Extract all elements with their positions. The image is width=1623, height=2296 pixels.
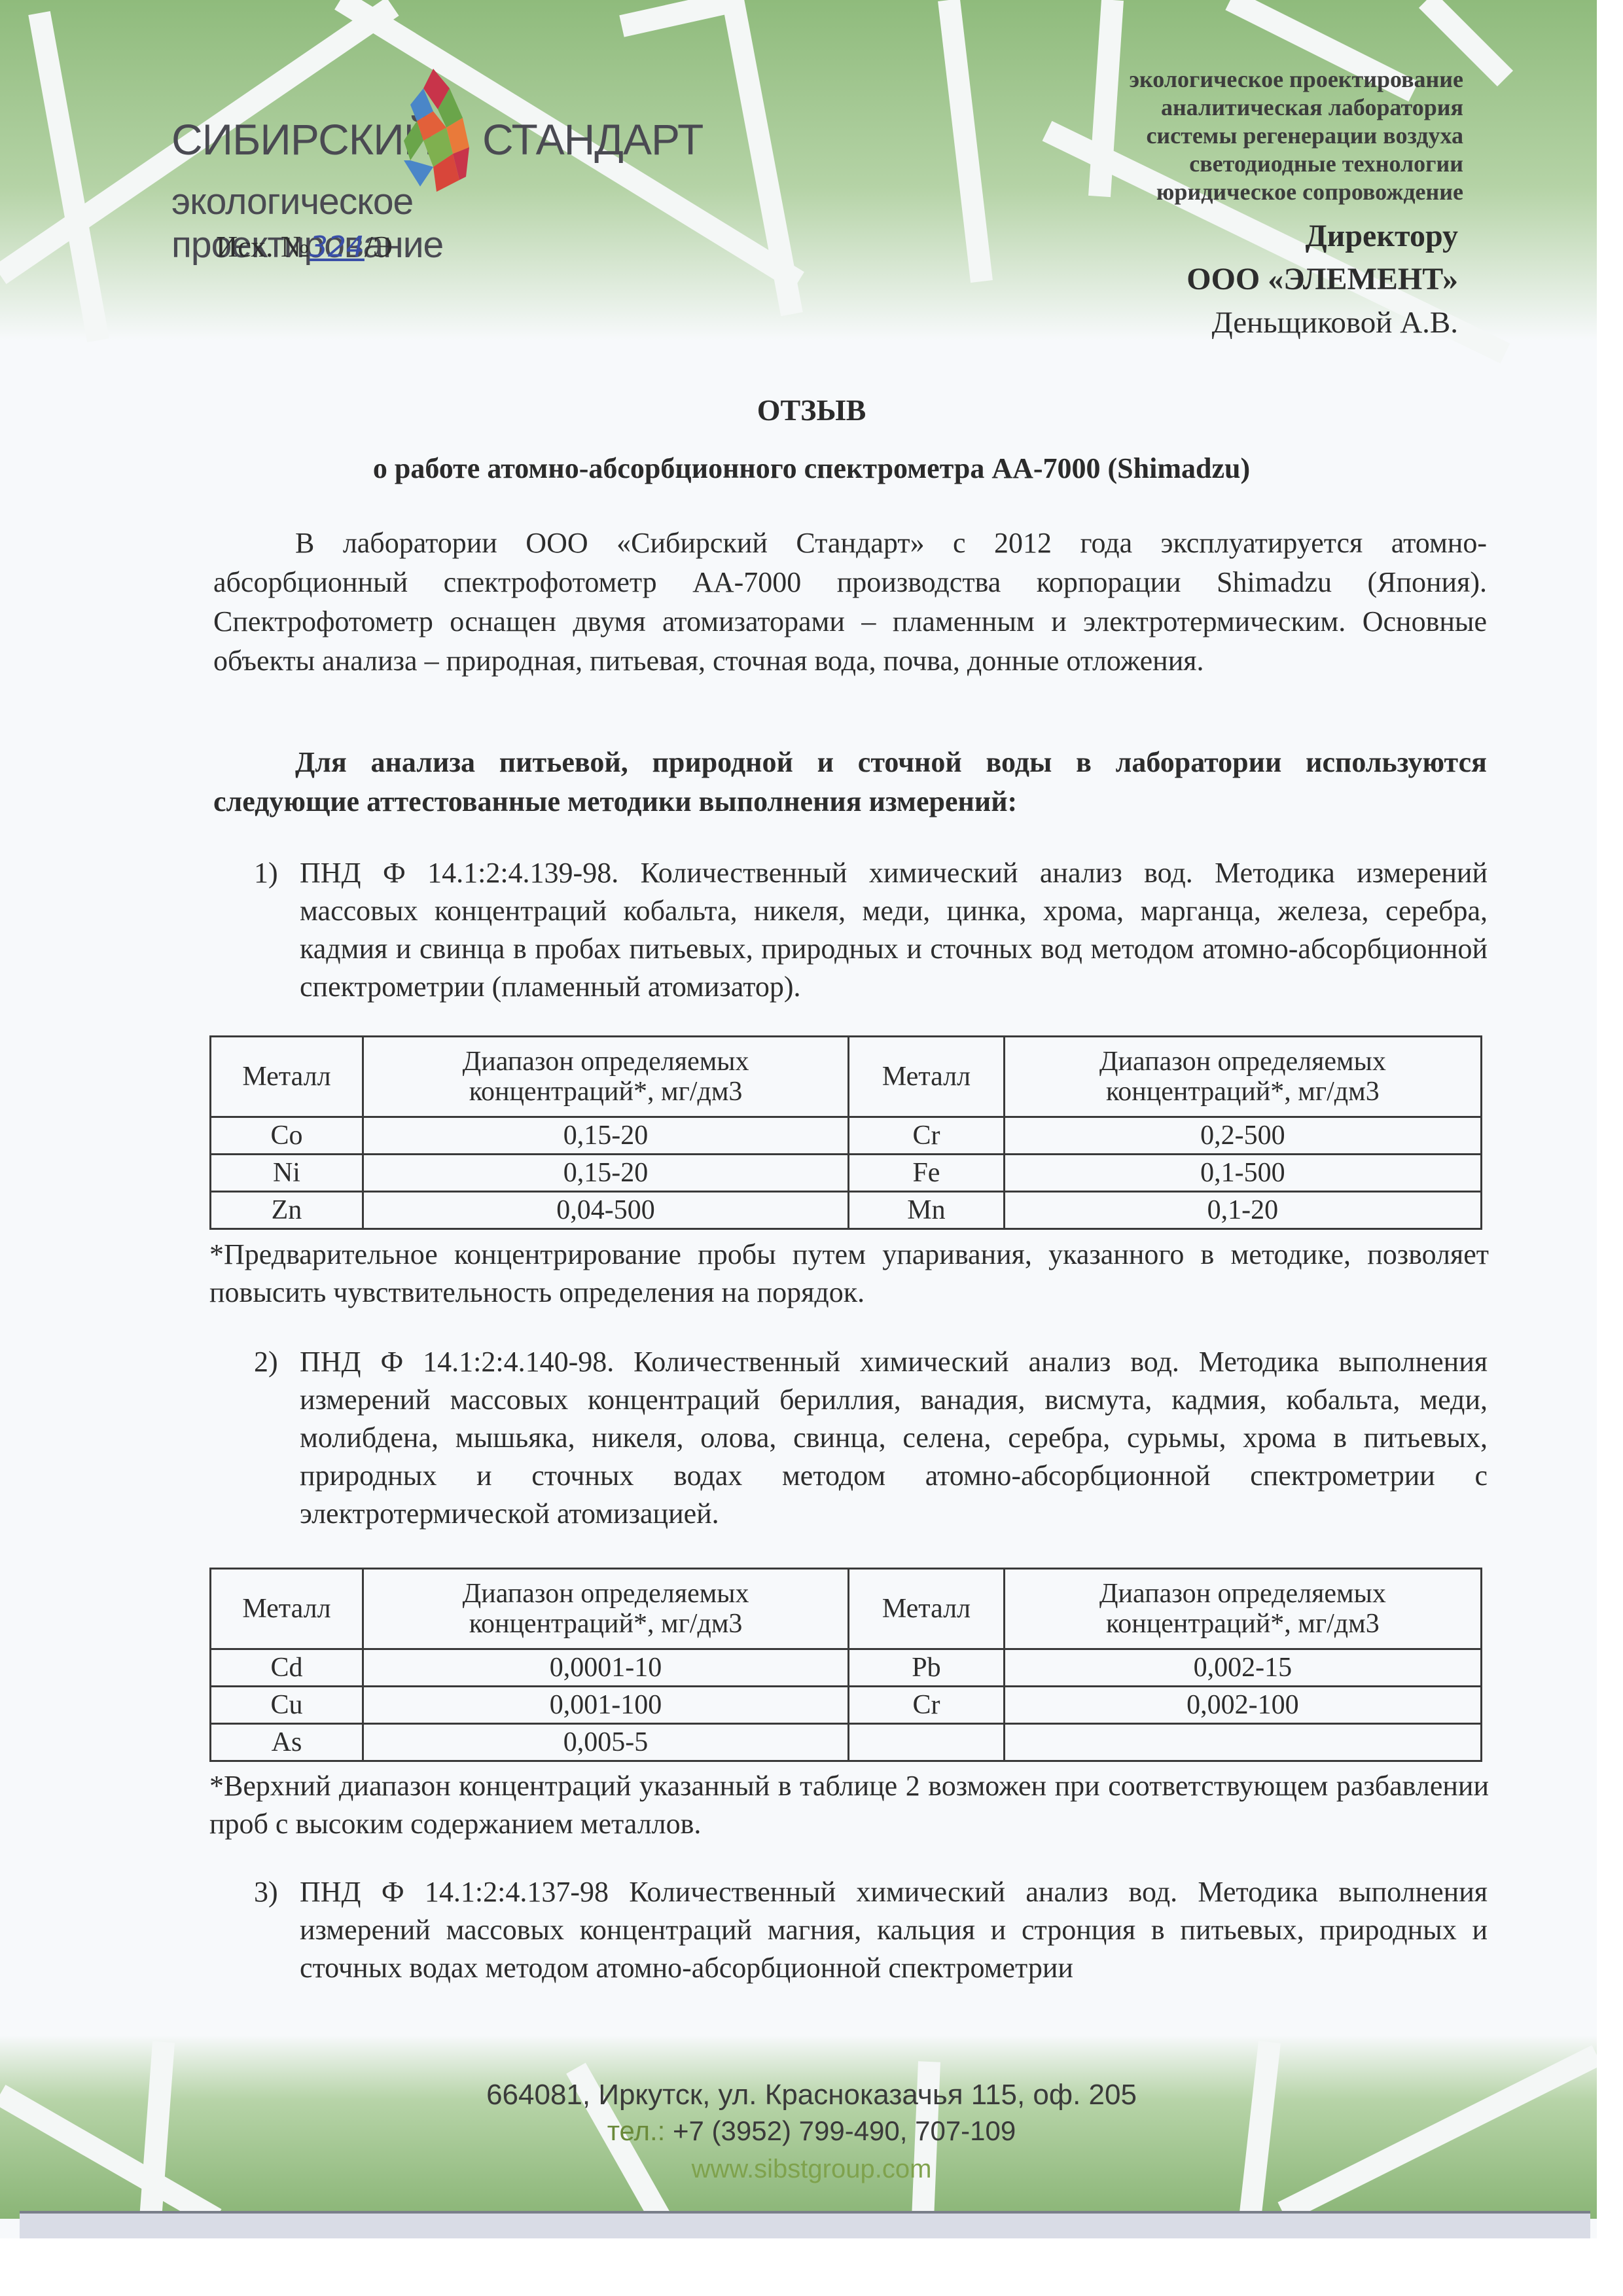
- table-header-metal: Металл: [849, 1037, 1005, 1117]
- table-cell: Cu: [211, 1687, 363, 1724]
- table-header-row: Металл Диапазон определяемых концентраци…: [211, 1037, 1482, 1117]
- table-cell: As: [211, 1724, 363, 1761]
- table-cell: Co: [211, 1117, 363, 1155]
- service-item: экологическое проектирование: [1129, 65, 1463, 94]
- table-cell: Fe: [849, 1155, 1005, 1192]
- table-cell: Zn: [211, 1192, 363, 1229]
- logo-word-right: СТАНДАРТ: [482, 115, 703, 164]
- document-subtitle: о работе атомно-абсорбционного спектроме…: [0, 452, 1597, 485]
- service-item: системы регенерации воздуха: [1129, 122, 1463, 150]
- table-1-footnote: *Предварительное концентрирование пробы …: [209, 1236, 1489, 1312]
- table-cell: Ni: [211, 1155, 363, 1192]
- table-cell: 0,001-100: [363, 1687, 848, 1724]
- table-header-metal: Металл: [211, 1569, 363, 1649]
- footer-website-link[interactable]: www.sibstgroup.com: [0, 2155, 1597, 2184]
- methods-intro: Для анализа питьевой, природной и сточно…: [213, 743, 1487, 821]
- method-number: 3): [254, 1873, 278, 1911]
- table-cell: Cr: [849, 1117, 1005, 1155]
- phone-number: +7 (3952) 799-490, 707-109: [673, 2115, 1016, 2146]
- method-number: 2): [254, 1343, 278, 1381]
- footer-phone: тел.: +7 (3952) 799-490, 707-109: [0, 2115, 1597, 2147]
- table-cell: Pb: [849, 1649, 1005, 1687]
- table-cell: 0,005-5: [363, 1724, 848, 1761]
- table-row: Cu 0,001-100 Cr 0,002-100: [211, 1687, 1482, 1724]
- method-item-1: 1) ПНД Ф 14.1:2:4.139-98. Количественный…: [254, 854, 1488, 1006]
- addressee-company: ООО «ЭЛЕМЕНТ»: [1186, 258, 1458, 301]
- footer-address: 664081, Иркутск, ул. Красноказачья 115, …: [0, 2079, 1597, 2111]
- table-cell: 0,2-500: [1004, 1117, 1481, 1155]
- table-cell: 0,0001-10: [363, 1649, 848, 1687]
- table-cell: [849, 1724, 1005, 1761]
- company-services-list: экологическое проектирование аналитическ…: [1129, 65, 1463, 206]
- table-cell: 0,15-20: [363, 1117, 848, 1155]
- table-cell: 0,1-500: [1004, 1155, 1481, 1192]
- method-item-3: 3) ПНД Ф 14.1:2:4.137-98 Количественный …: [254, 1873, 1488, 1987]
- logo-mosaic-drop-icon: [397, 69, 482, 193]
- table-cell: 0,002-100: [1004, 1687, 1481, 1724]
- ref-suffix: /Э: [365, 230, 393, 263]
- table-header-range: Диапазон определяемых концентраций*, мг/…: [1004, 1037, 1481, 1117]
- table-cell: 0,002-15: [1004, 1649, 1481, 1687]
- service-item: светодиодные технологии: [1129, 150, 1463, 178]
- table-header-metal: Металл: [849, 1569, 1005, 1649]
- table-cell: Cr: [849, 1687, 1005, 1724]
- method-text: ПНД Ф 14.1:2:4.140-98. Количественный хи…: [300, 1343, 1488, 1533]
- addressee-position: Директору: [1186, 215, 1458, 258]
- table-row: Cd 0,0001-10 Pb 0,002-15: [211, 1649, 1482, 1687]
- table-cell: 0,04-500: [363, 1192, 848, 1229]
- intro-paragraph: В лаборатории ООО «Сибирский Стандарт» с…: [213, 524, 1487, 681]
- company-logo: СИБИРСКИЙ СТАНДАРТ экологическое проекти…: [171, 69, 669, 226]
- table-row: Co 0,15-20 Cr 0,2-500: [211, 1117, 1482, 1155]
- outgoing-reference-number: Исх. №324/Э: [216, 229, 393, 264]
- document-title: ОТЗЫВ: [0, 393, 1597, 427]
- ref-label: Исх. №: [216, 230, 310, 263]
- table-cell: 0,1-20: [1004, 1192, 1481, 1229]
- scanned-letter-page: СИБИРСКИЙ СТАНДАРТ экологическое проекти…: [0, 0, 1597, 2238]
- table-cell: Cd: [211, 1649, 363, 1687]
- service-item: юридическое сопровождение: [1129, 178, 1463, 206]
- table-header-range: Диапазон определяемых концентраций*, мг/…: [1004, 1569, 1481, 1649]
- method-item-2: 2) ПНД Ф 14.1:2:4.140-98. Количественный…: [254, 1343, 1488, 1533]
- logo-word-left: СИБИРСКИЙ: [171, 115, 434, 164]
- table-cell: [1004, 1724, 1481, 1761]
- ref-handwritten-number: 324: [310, 230, 365, 264]
- table-header-metal: Металл: [211, 1037, 363, 1117]
- method-text: ПНД Ф 14.1:2:4.137-98 Количественный хим…: [300, 1873, 1488, 1987]
- table-row: As 0,005-5: [211, 1724, 1482, 1761]
- table-row: Ni 0,15-20 Fe 0,1-500: [211, 1155, 1482, 1192]
- table-row: Zn 0,04-500 Mn 0,1-20: [211, 1192, 1482, 1229]
- table-header-range: Диапазон определяемых концентраций*, мг/…: [363, 1037, 848, 1117]
- addressee-block: Директору ООО «ЭЛЕМЕНТ» Деньщиковой А.В.: [1186, 215, 1458, 344]
- table-header-row: Металл Диапазон определяемых концентраци…: [211, 1569, 1482, 1649]
- metals-table-1: Металл Диапазон определяемых концентраци…: [209, 1035, 1482, 1230]
- service-item: аналитическая лаборатория: [1129, 94, 1463, 122]
- addressee-name: Деньщиковой А.В.: [1186, 301, 1458, 344]
- metals-table-2: Металл Диапазон определяемых концентраци…: [209, 1568, 1482, 1762]
- phone-label: тел.:: [607, 2115, 666, 2146]
- method-text: ПНД Ф 14.1:2:4.139-98. Количественный хи…: [300, 854, 1488, 1006]
- method-number: 1): [254, 854, 278, 892]
- table-2-footnote: *Верхний диапазон концентраций указанный…: [209, 1767, 1489, 1843]
- table-cell: 0,15-20: [363, 1155, 848, 1192]
- table-cell: Mn: [849, 1192, 1005, 1229]
- table-header-range: Диапазон определяемых концентраций*, мг/…: [363, 1569, 848, 1649]
